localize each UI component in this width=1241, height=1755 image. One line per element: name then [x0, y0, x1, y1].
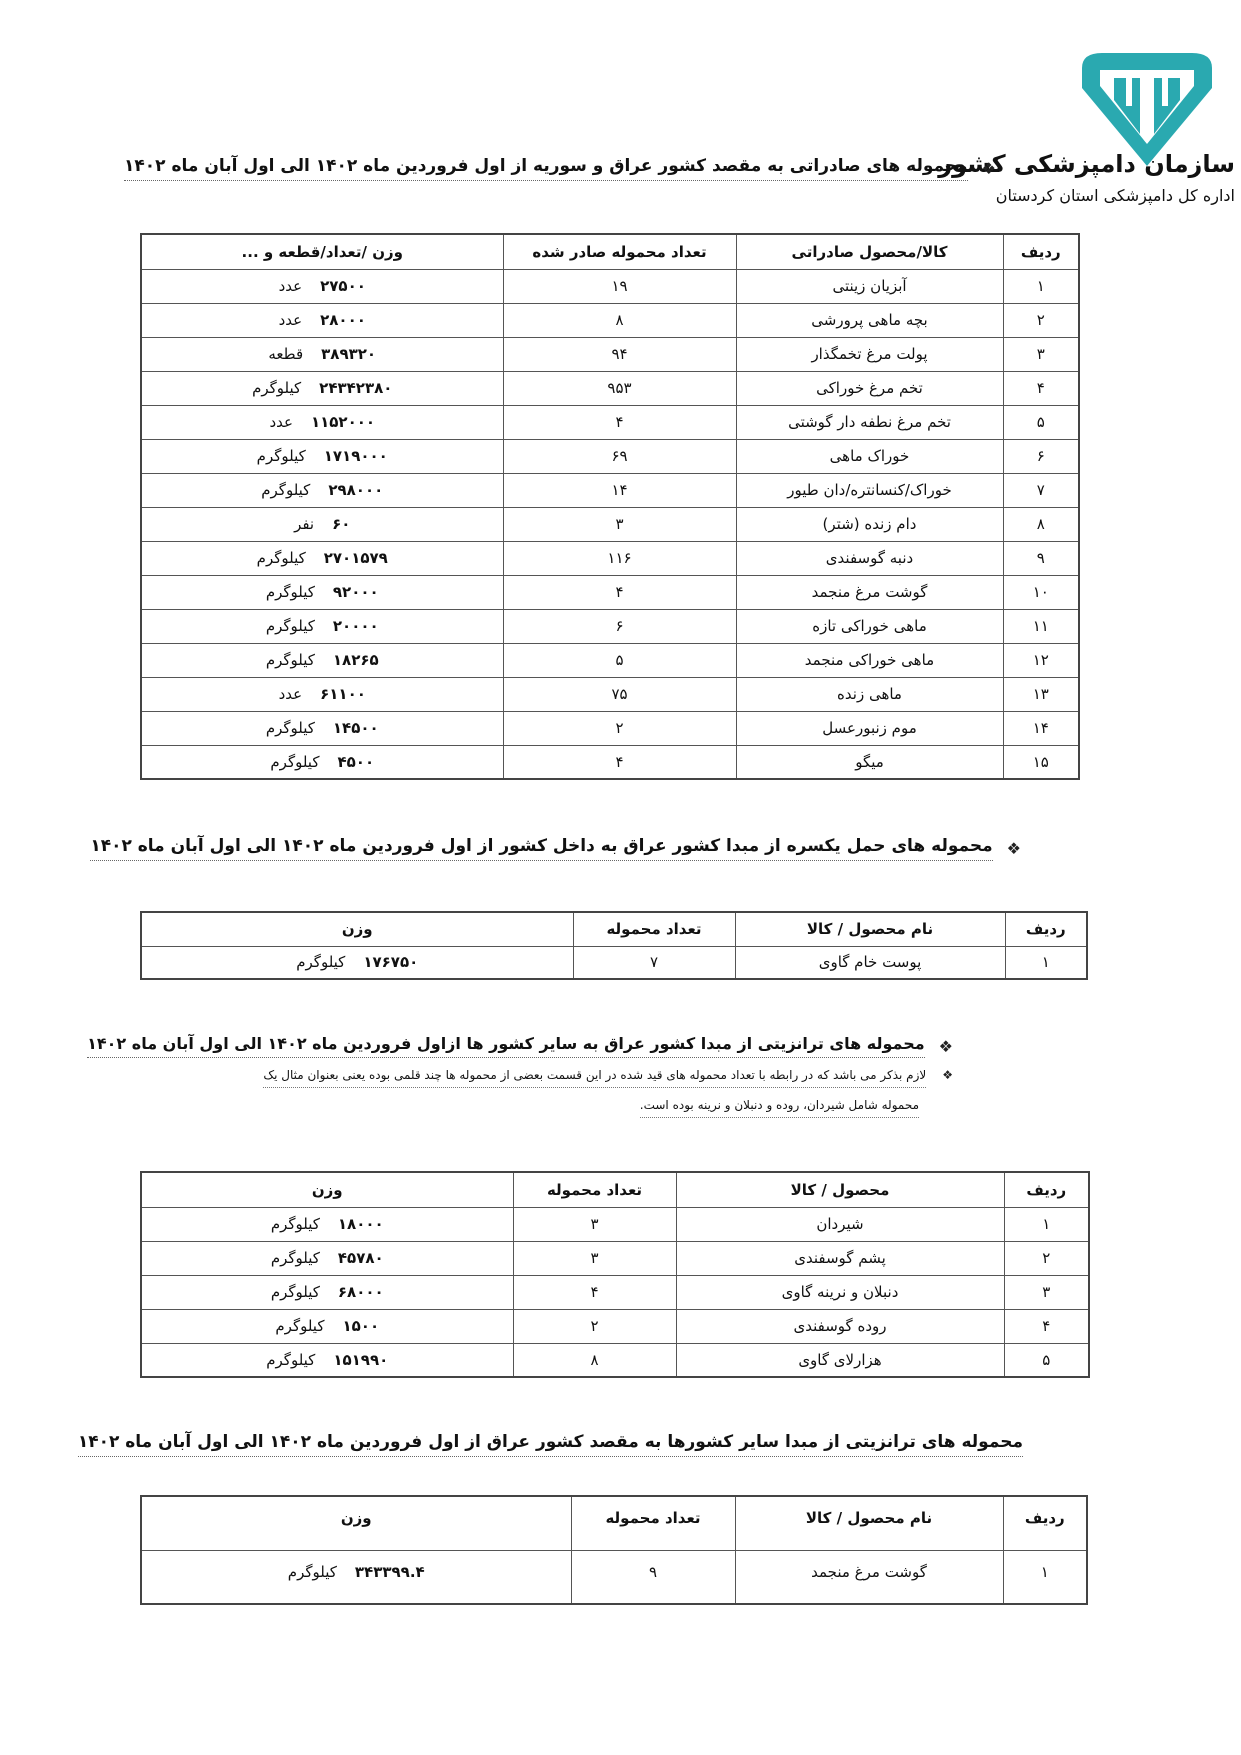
amount-unit: کیلوگرم	[266, 651, 315, 669]
cell-item: بچه ماهی پرورشی	[736, 303, 1003, 337]
header-count: تعداد محموله صادر شده	[503, 234, 736, 269]
amount-value: ۹۲۰۰۰	[333, 583, 379, 601]
header-amount: وزن /تعداد/قطعه و ...	[141, 234, 503, 269]
cell-row-no: ۱۴	[1003, 711, 1079, 745]
amount-unit: کیلوگرم	[275, 1317, 324, 1335]
cell-amount: ۱۵۰۰کیلوگرم	[141, 1309, 513, 1343]
amount-unit: نفر	[294, 515, 314, 533]
header-row-no: ردیف	[1005, 912, 1087, 946]
amount-value: ۴۵۷۸۰	[338, 1249, 384, 1267]
cell-item: دنبلان و نرینه گاوی	[676, 1275, 1004, 1309]
cell-row-no: ۸	[1003, 507, 1079, 541]
note-line-2: محموله شامل شیردان، روده و دنبلان و نرین…	[640, 1098, 919, 1118]
cell-item: ماهی زنده	[736, 677, 1003, 711]
cell-row-no: ۵	[1003, 405, 1079, 439]
cell-row-no: ۹	[1003, 541, 1079, 575]
cell-item: پشم گوسفندی	[676, 1241, 1004, 1275]
transit-to-iraq-table: ردیف نام محصول / کالا تعداد محموله وزن ۱…	[140, 1495, 1088, 1605]
amount-value: ۶۰	[332, 515, 350, 533]
cell-count: ۳	[513, 1241, 676, 1275]
cell-amount: ۲۹۸۰۰۰کیلوگرم	[141, 473, 503, 507]
cell-count: ۹	[571, 1550, 735, 1604]
table-row: ۱۵میگو۴۴۵۰۰کیلوگرم	[141, 745, 1079, 779]
table-row: ۹دنبه گوسفندی۱۱۶۲۷۰۱۵۷۹کیلوگرم	[141, 541, 1079, 575]
header-item: محصول / کالا	[676, 1172, 1004, 1207]
section3-note: ❖ لازم بذکر می باشد که در رابطه با تعداد…	[263, 1068, 953, 1088]
table-row: ۲پشم گوسفندی۳۴۵۷۸۰کیلوگرم	[141, 1241, 1089, 1275]
amount-unit: کیلوگرم	[271, 1215, 320, 1233]
header-amount: وزن	[141, 1172, 513, 1207]
table-row: ۲بچه ماهی پرورشی۸۲۸۰۰۰عدد	[141, 303, 1079, 337]
cell-row-no: ۱۰	[1003, 575, 1079, 609]
table-row: ۳دنبلان و نرینه گاوی۴۶۸۰۰۰کیلوگرم	[141, 1275, 1089, 1309]
table-row: ۱۲ماهی خوراکی منجمد۵۱۸۲۶۵کیلوگرم	[141, 643, 1079, 677]
cell-row-no: ۱	[1003, 1550, 1087, 1604]
amount-value: ۴۵۰۰	[337, 753, 374, 771]
table-row: ۳پولت مرغ تخمگذار۹۴۳۸۹۳۲۰قطعه	[141, 337, 1079, 371]
amount-unit: کیلوگرم	[261, 481, 310, 499]
amount-value: ۱۷۱۹۰۰۰	[324, 447, 388, 465]
cell-item: میگو	[736, 745, 1003, 779]
through-transport-table: ردیف نام محصول / کالا تعداد محموله وزن ۱…	[140, 911, 1088, 980]
table-row: ۴روده گوسفندی۲۱۵۰۰کیلوگرم	[141, 1309, 1089, 1343]
section3-title: ❖ محموله های ترانزیتی از مبدا کشور عراق …	[87, 1034, 953, 1058]
amount-value: ۲۷۵۰۰	[320, 277, 366, 295]
amount-unit: کیلوگرم	[270, 753, 319, 771]
cell-amount: ۱۸۰۰۰کیلوگرم	[141, 1207, 513, 1241]
bullet-icon: ❖	[942, 1068, 953, 1088]
section1-title: ❖ محموله های صادراتی به مقصد کشور عراق و…	[124, 156, 996, 181]
header-count: تعداد محموله	[571, 1496, 735, 1550]
cell-row-no: ۱۲	[1003, 643, 1079, 677]
amount-value: ۱۱۵۲۰۰۰	[311, 413, 375, 431]
cell-row-no: ۱۱	[1003, 609, 1079, 643]
cell-row-no: ۶	[1003, 439, 1079, 473]
cell-count: ۱۹	[503, 269, 736, 303]
table-header-row: ردیف نام محصول / کالا تعداد محموله وزن	[141, 1496, 1087, 1550]
cell-count: ۲	[503, 711, 736, 745]
section4-title-text: محموله های ترانزیتی از مبدا سایر کشورها …	[78, 1432, 1023, 1457]
cell-item: شیردان	[676, 1207, 1004, 1241]
section2-title: ❖ محموله های حمل یکسره از مبدا کشور عراق…	[90, 836, 1021, 861]
amount-unit: عدد	[279, 685, 303, 703]
amount-unit: عدد	[269, 413, 293, 431]
logo-org-name: سازمان دامپزشکی کشور	[1050, 150, 1235, 178]
cell-item: آبزیان زینتی	[736, 269, 1003, 303]
header-count: تعداد محموله	[573, 912, 735, 946]
note-line-1: لازم بذکر می باشد که در رابطه با تعداد م…	[263, 1068, 926, 1088]
cell-amount: ۴۵۰۰کیلوگرم	[141, 745, 503, 779]
cell-count: ۴	[513, 1275, 676, 1309]
cell-count: ۹۵۳	[503, 371, 736, 405]
cell-item: هزارلای گاوی	[676, 1343, 1004, 1377]
amount-value: ۱۵۰۰	[342, 1317, 379, 1335]
amount-unit: کیلوگرم	[266, 719, 315, 737]
amount-unit: کیلوگرم	[271, 1249, 320, 1267]
amount-unit: کیلوگرم	[271, 1283, 320, 1301]
cell-amount: ۱۴۵۰۰کیلوگرم	[141, 711, 503, 745]
cell-count: ۴	[503, 405, 736, 439]
transit-from-iraq-table: ردیف محصول / کالا تعداد محموله وزن ۱شیرد…	[140, 1171, 1090, 1378]
amount-value: ۶۱۱۰۰	[320, 685, 366, 703]
section4-title: محموله های ترانزیتی از مبدا سایر کشورها …	[78, 1432, 1023, 1457]
cell-item: تخم مرغ نطفه دار گوشتی	[736, 405, 1003, 439]
cell-item: پولت مرغ تخمگذار	[736, 337, 1003, 371]
amount-unit: کیلوگرم	[257, 549, 306, 567]
cell-row-no: ۱	[1005, 946, 1087, 979]
cell-item: گوشت مرغ منجمد	[736, 575, 1003, 609]
table-row: ۱گوشت مرغ منجمد۹۳۴۳۳۹۹.۴کیلوگرم	[141, 1550, 1087, 1604]
cell-row-no: ۴	[1004, 1309, 1089, 1343]
cell-item: روده گوسفندی	[676, 1309, 1004, 1343]
cell-amount: ۳۴۳۳۹۹.۴کیلوگرم	[141, 1550, 571, 1604]
amount-unit: عدد	[279, 311, 303, 329]
header-item: نام محصول / کالا	[735, 1496, 1003, 1550]
cell-count: ۲	[513, 1309, 676, 1343]
cell-amount: ۶۱۱۰۰عدد	[141, 677, 503, 711]
amount-value: ۲۹۸۰۰۰	[328, 481, 383, 499]
cell-row-no: ۱۳	[1003, 677, 1079, 711]
cell-amount: ۱۱۵۲۰۰۰عدد	[141, 405, 503, 439]
table-row: ۸دام زنده (شتر)۳۶۰نفر	[141, 507, 1079, 541]
amount-unit: عدد	[279, 277, 303, 295]
cell-row-no: ۲	[1003, 303, 1079, 337]
amount-value: ۲۰۰۰۰	[333, 617, 379, 635]
cell-row-no: ۱	[1003, 269, 1079, 303]
table-row: ۷خوراک/کنسانتره/دان طیور۱۴۲۹۸۰۰۰کیلوگرم	[141, 473, 1079, 507]
amount-value: ۲۴۳۴۲۳۸۰	[319, 379, 392, 397]
header-item: کالا/محصول صادراتی	[736, 234, 1003, 269]
cell-amount: ۶۸۰۰۰کیلوگرم	[141, 1275, 513, 1309]
cell-item: خوراک/کنسانتره/دان طیور	[736, 473, 1003, 507]
cell-amount: ۲۰۰۰۰کیلوگرم	[141, 609, 503, 643]
bullet-icon: ❖	[939, 1037, 953, 1056]
header-amount: وزن	[141, 912, 573, 946]
amount-unit: قطعه	[268, 345, 303, 363]
amount-value: ۱۷۶۷۵۰	[363, 953, 418, 971]
cell-amount: ۳۸۹۳۲۰قطعه	[141, 337, 503, 371]
cell-row-no: ۷	[1003, 473, 1079, 507]
cell-amount: ۱۷۱۹۰۰۰کیلوگرم	[141, 439, 503, 473]
cell-count: ۷	[573, 946, 735, 979]
cell-count: ۱۴	[503, 473, 736, 507]
table-row: ۱آبزیان زینتی۱۹۲۷۵۰۰عدد	[141, 269, 1079, 303]
logo-sub-org: اداره کل دامپزشکی استان کردستان	[1040, 186, 1235, 205]
cell-amount: ۲۷۰۱۵۷۹کیلوگرم	[141, 541, 503, 575]
cell-count: ۶	[503, 609, 736, 643]
cell-row-no: ۱۵	[1003, 745, 1079, 779]
amount-value: ۱۵۱۹۹۰	[333, 1351, 388, 1369]
section1-title-text: محموله های صادراتی به مقصد کشور عراق و س…	[124, 156, 968, 181]
amount-value: ۳۴۳۳۹۹.۴	[355, 1563, 425, 1581]
amount-value: ۲۷۰۱۵۷۹	[324, 549, 388, 567]
cell-item: پوست خام گاوی	[735, 946, 1005, 979]
table-row: ۶خوراک ماهی۶۹۱۷۱۹۰۰۰کیلوگرم	[141, 439, 1079, 473]
amount-unit: کیلوگرم	[296, 953, 345, 971]
table-header-row: ردیف محصول / کالا تعداد محموله وزن	[141, 1172, 1089, 1207]
cell-amount: ۴۵۷۸۰کیلوگرم	[141, 1241, 513, 1275]
cell-count: ۹۴	[503, 337, 736, 371]
table-row: ۱۱ماهی خوراکی تازه۶۲۰۰۰۰کیلوگرم	[141, 609, 1079, 643]
cell-item: ماهی خوراکی منجمد	[736, 643, 1003, 677]
amount-unit: کیلوگرم	[266, 617, 315, 635]
cell-amount: ۱۵۱۹۹۰کیلوگرم	[141, 1343, 513, 1377]
cell-item: موم زنبورعسل	[736, 711, 1003, 745]
cell-amount: ۱۸۲۶۵کیلوگرم	[141, 643, 503, 677]
cell-count: ۱۱۶	[503, 541, 736, 575]
cell-item: تخم مرغ خوراکی	[736, 371, 1003, 405]
cell-count: ۶۹	[503, 439, 736, 473]
cell-item: خوراک ماهی	[736, 439, 1003, 473]
bullet-icon: ❖	[1007, 839, 1021, 858]
section3-note-cont: محموله شامل شیردان، روده و دنبلان و نرین…	[640, 1098, 919, 1112]
bullet-icon: ❖	[982, 159, 996, 178]
cell-amount: ۶۰نفر	[141, 507, 503, 541]
cell-count: ۸	[513, 1343, 676, 1377]
header-row-no: ردیف	[1003, 234, 1079, 269]
table-row: ۱پوست خام گاوی۷۱۷۶۷۵۰کیلوگرم	[141, 946, 1087, 979]
table-row: ۱شیردان۳۱۸۰۰۰کیلوگرم	[141, 1207, 1089, 1241]
cell-count: ۴	[503, 745, 736, 779]
amount-value: ۲۸۰۰۰	[320, 311, 366, 329]
header-count: تعداد محموله	[513, 1172, 676, 1207]
cell-row-no: ۲	[1004, 1241, 1089, 1275]
cell-count: ۴	[503, 575, 736, 609]
cell-row-no: ۳	[1004, 1275, 1089, 1309]
amount-value: ۳۸۹۳۲۰	[321, 345, 376, 363]
amount-unit: کیلوگرم	[288, 1563, 337, 1581]
table-row: ۵تخم مرغ نطفه دار گوشتی۴۱۱۵۲۰۰۰عدد	[141, 405, 1079, 439]
amount-value: ۱۸۲۶۵	[333, 651, 379, 669]
cell-amount: ۲۷۵۰۰عدد	[141, 269, 503, 303]
cell-count: ۷۵	[503, 677, 736, 711]
cell-amount: ۲۴۳۴۲۳۸۰کیلوگرم	[141, 371, 503, 405]
table-header-row: ردیف نام محصول / کالا تعداد محموله وزن	[141, 912, 1087, 946]
table-header-row: ردیف کالا/محصول صادراتی تعداد محموله صاد…	[141, 234, 1079, 269]
table-row: ۱۰گوشت مرغ منجمد۴۹۲۰۰۰کیلوگرم	[141, 575, 1079, 609]
amount-value: ۱۸۰۰۰	[338, 1215, 384, 1233]
cell-count: ۸	[503, 303, 736, 337]
header-row-no: ردیف	[1003, 1496, 1087, 1550]
cell-amount: ۱۷۶۷۵۰کیلوگرم	[141, 946, 573, 979]
amount-value: ۶۸۰۰۰	[338, 1283, 384, 1301]
cell-item: گوشت مرغ منجمد	[735, 1550, 1003, 1604]
cell-item: دام زنده (شتر)	[736, 507, 1003, 541]
cell-count: ۳	[513, 1207, 676, 1241]
table-row: ۴تخم مرغ خوراکی۹۵۳۲۴۳۴۲۳۸۰کیلوگرم	[141, 371, 1079, 405]
header-amount: وزن	[141, 1496, 571, 1550]
amount-unit: کیلوگرم	[266, 583, 315, 601]
header-item: نام محصول / کالا	[735, 912, 1005, 946]
section2-title-text: محموله های حمل یکسره از مبدا کشور عراق ب…	[90, 836, 992, 861]
cell-row-no: ۵	[1004, 1343, 1089, 1377]
table-row: ۱۴موم زنبورعسل۲۱۴۵۰۰کیلوگرم	[141, 711, 1079, 745]
cell-count: ۵	[503, 643, 736, 677]
cell-item: دنبه گوسفندی	[736, 541, 1003, 575]
cell-row-no: ۳	[1003, 337, 1079, 371]
amount-unit: کیلوگرم	[257, 447, 306, 465]
cell-amount: ۹۲۰۰۰کیلوگرم	[141, 575, 503, 609]
header-row-no: ردیف	[1004, 1172, 1089, 1207]
amount-value: ۱۴۵۰۰	[333, 719, 379, 737]
cell-row-no: ۱	[1004, 1207, 1089, 1241]
table-row: ۵هزارلای گاوی۸۱۵۱۹۹۰کیلوگرم	[141, 1343, 1089, 1377]
cell-row-no: ۴	[1003, 371, 1079, 405]
cell-count: ۳	[503, 507, 736, 541]
section3-title-text: محموله های ترانزیتی از مبدا کشور عراق به…	[87, 1034, 925, 1058]
amount-unit: کیلوگرم	[266, 1351, 315, 1369]
cell-item: ماهی خوراکی تازه	[736, 609, 1003, 643]
cell-amount: ۲۸۰۰۰عدد	[141, 303, 503, 337]
table-row: ۱۳ماهی زنده۷۵۶۱۱۰۰عدد	[141, 677, 1079, 711]
amount-unit: کیلوگرم	[252, 379, 301, 397]
exports-table: ردیف کالا/محصول صادراتی تعداد محموله صاد…	[140, 233, 1080, 780]
